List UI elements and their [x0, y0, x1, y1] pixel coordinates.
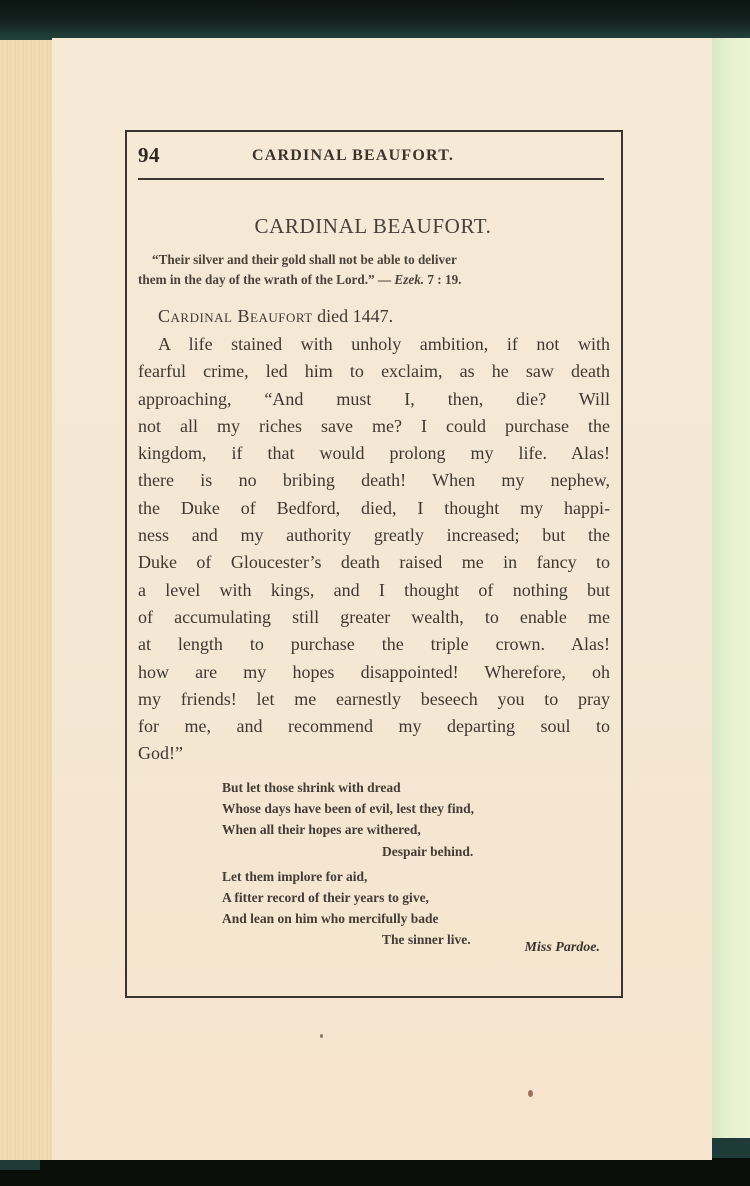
body-line: my friends! let me earnestly beseech you… — [138, 686, 610, 713]
body-line: ness and my authority greatly increased;… — [138, 522, 610, 549]
page-number: 94 — [138, 143, 160, 168]
epigraph-line: them in the day of the wrath of the Lord… — [138, 270, 610, 290]
scripture-reference-book: Ezek. — [394, 272, 424, 287]
book-cover-top — [0, 0, 750, 40]
body-line: at length to purchase the triple crown. … — [138, 631, 610, 658]
subject-name: Cardinal Beaufort — [158, 306, 313, 326]
body-line: for me, and recommend my departing soul … — [138, 713, 610, 740]
poem-line: Despair behind. — [222, 841, 602, 862]
intro-line: Cardinal Beaufort died 1447. — [158, 306, 393, 327]
body-line: A life stained with unholy ambition, if … — [138, 331, 610, 358]
body-line: not all my riches save me? I could purch… — [138, 413, 610, 440]
body-line: a level with kings, and I thought of not… — [138, 577, 610, 604]
poem-line: Whose days have been of evil, lest they … — [222, 798, 602, 819]
poem-line: But let those shrink with dread — [222, 777, 602, 798]
poem: But let those shrink with dread Whose da… — [222, 777, 602, 951]
scripture-reference-verse: 7 : 19. — [424, 272, 461, 287]
body-line: approaching, “And must I, then, die? Wil… — [138, 386, 610, 413]
body-line: of accumulating still greater wealth, to… — [138, 604, 610, 631]
body-line: fearful crime, led him to exclaim, as he… — [138, 358, 610, 385]
poem-attribution: Miss Pardoe. — [480, 940, 600, 956]
running-title: CARDINAL BEAUFORT. — [252, 147, 454, 165]
poem-line: When all their hopes are withered, — [222, 819, 602, 840]
body-line: kingdom, if that would prolong my life. … — [138, 440, 610, 467]
epigraph-line: “Their silver and their gold shall not b… — [138, 250, 610, 270]
epigraph-text: them in the day of the wrath of the Lord… — [138, 272, 394, 287]
body-line: God!” — [138, 740, 610, 767]
header-rule — [138, 178, 604, 180]
running-header: 94 CARDINAL BEAUFORT. — [138, 143, 608, 173]
epigraph: “Their silver and their gold shall not b… — [138, 250, 610, 290]
facing-page-edge — [712, 38, 750, 1138]
body-paragraph: A life stained with unholy ambition, if … — [138, 331, 610, 768]
body-line: the Duke of Bedford, died, I thought my … — [138, 495, 610, 522]
paper-blemish — [528, 1090, 533, 1097]
page-stack-edges — [0, 40, 53, 1160]
intro-rest: died 1447. — [313, 306, 394, 326]
body-line: Duke of Gloucester’s death raised me in … — [138, 549, 610, 576]
body-line: how are my hopes disappointed! Wherefore… — [138, 659, 610, 686]
poem-line: Let them implore for aid, — [222, 866, 602, 887]
poem-line: And lean on him who mercifully bade — [222, 908, 602, 929]
body-line: there is no bribing death! When my nephe… — [138, 467, 610, 494]
article-title: CARDINAL BEAUFORT. — [138, 214, 608, 239]
poem-line: A fitter record of their years to give, — [222, 887, 602, 908]
paper-blemish — [320, 1034, 323, 1038]
